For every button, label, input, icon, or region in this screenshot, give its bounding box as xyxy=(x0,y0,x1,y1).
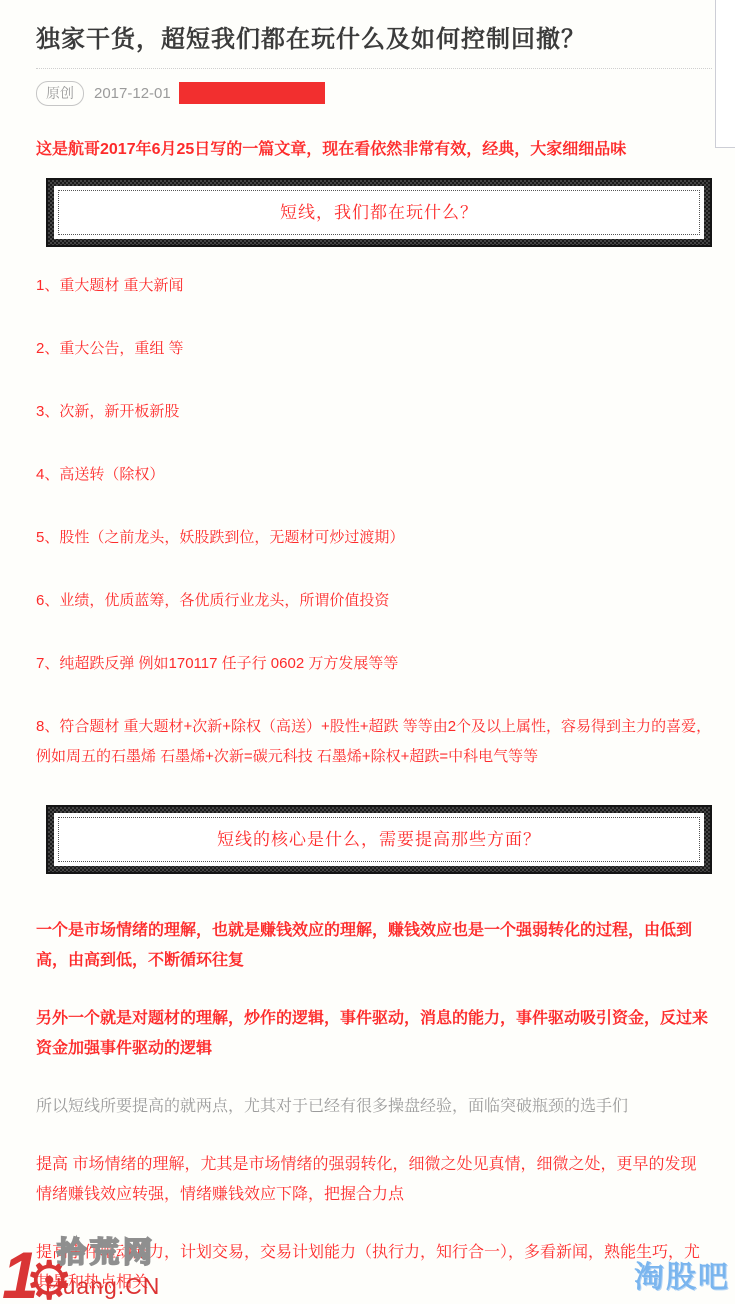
original-badge: 原创 xyxy=(36,81,84,106)
title-divider xyxy=(36,68,712,69)
publish-date: 2017-12-01 xyxy=(94,85,171,102)
list-item: 7、纯超跌反弹 例如170117 任子行 0602 万方发展等等 xyxy=(36,649,712,679)
list-item: 6、业绩，优质蓝筹，各优质行业龙头，所谓价值投资 xyxy=(36,586,712,616)
taoguba-watermark-logo[interactable]: 淘股吧 xyxy=(634,1252,730,1296)
list-item: 3、次新，新开板新股 xyxy=(36,397,712,427)
list-item: 1、重大题材 重大新闻 xyxy=(36,271,712,301)
section-heading-box-2: 短线的核心是什么，需要提高那些方面？ xyxy=(46,805,712,874)
list-item: 8、符合题材 重大题材+次新+除权（高送）+股性+超跌 等等由2个及以上属性，容… xyxy=(36,712,712,772)
article-meta: 原创 2017-12-01 xyxy=(36,81,712,105)
list-item: 4、高送转（除权） xyxy=(36,460,712,490)
article-content: 独家干货，超短我们都在玩什么及如何控制回撤？ 原创 2017-12-01 这是航… xyxy=(0,26,735,1298)
redacted-author-block xyxy=(179,82,325,104)
paragraph: 另外一个就是对题材的理解，炒作的逻辑，事件驱动，消息的能力，事件驱动吸引资金，反… xyxy=(36,1004,712,1064)
paragraph: 提高 市场情绪的理解，尤其是市场情绪的强弱转化，细微之处见真情，细微之处，更早的… xyxy=(36,1150,712,1210)
cutoff-side-widget xyxy=(715,0,735,148)
section-heading-2: 短线的核心是什么，需要提高那些方面？ xyxy=(58,817,700,862)
section-heading-1: 短线，我们都在玩什么？ xyxy=(58,190,700,235)
intro-line: 这是航哥2017年6月25日写的一篇文章，现在看依然非常有效，经典，大家细细品味 xyxy=(36,139,712,160)
paragraph: 一个是市场情绪的理解，也就是赚钱效应的理解，赚钱效应也是一个强弱转化的过程，由低… xyxy=(36,916,712,976)
shihuang-site-name: 拾荒网 xyxy=(57,1230,156,1271)
paragraph: 所以短线所要提高的就两点，尤其对于已经有很多操盘经验，面临突破瓶颈的选手们 xyxy=(36,1092,712,1122)
list-item: 2、重大公告，重组 等 xyxy=(36,334,712,364)
shihuang-domain: Huang.CN xyxy=(45,1273,160,1300)
list-item: 5、股性（之前龙头，妖股跌到位，无题材可炒过渡期） xyxy=(36,523,712,553)
page-title: 独家干货，超短我们都在玩什么及如何控制回撤？ xyxy=(36,26,712,54)
section-heading-box-1: 短线，我们都在玩什么？ xyxy=(46,178,712,247)
shihuang-watermark-logo[interactable]: 1 ⚙ 拾荒网 Huang.CN xyxy=(0,1228,250,1302)
